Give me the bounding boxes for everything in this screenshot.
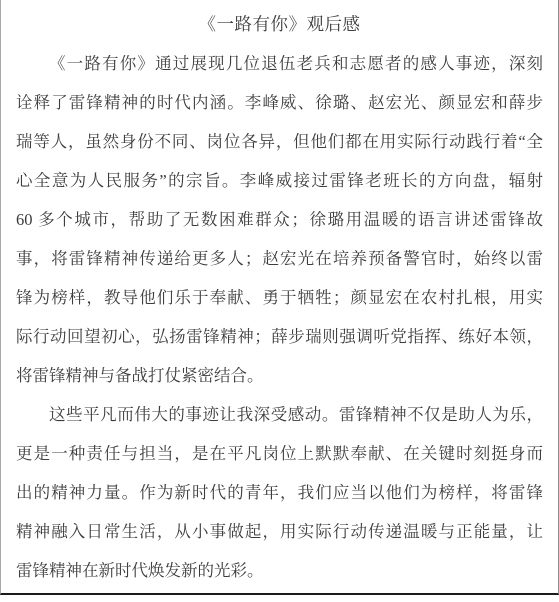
text-line: 心全意为人民服务”的宗旨。李峰威接过雷锋老班长的方向盘，辐射 [16, 161, 543, 200]
text-line: 更是一种责任与担当，是在平凡岗位上默默奉献、在关键时刻挺身而 [16, 434, 543, 473]
text-line: 这些平凡而伟大的事迹让我深受感动。雷锋精神不仅是助人为乐， [16, 395, 543, 434]
paragraph-2: 这些平凡而伟大的事迹让我深受感动。雷锋精神不仅是助人为乐， 更是一种责任与担当，… [16, 395, 543, 590]
text-line: 《一路有你》通过展现几位退伍老兵和志愿者的感人事迹，深刻 [16, 44, 543, 83]
text-line: 将雷锋精神与备战打仗紧密结合。 [16, 356, 543, 395]
text-line: 60 多个城市，帮助了无数困难群众；徐璐用温暖的语言讲述雷锋故 [16, 200, 543, 239]
text-line: 出的精神力量。作为新时代的青年，我们应当以他们为榜样，将雷锋 [16, 473, 543, 512]
essay-title: 《一路有你》观后感 [16, 5, 543, 44]
document-page: 《一路有你》观后感 《一路有你》通过展现几位退伍老兵和志愿者的感人事迹，深刻 诠… [0, 0, 559, 595]
text-line: 精神融入日常生活，从小事做起，用实际行动传递温暖与正能量，让 [16, 512, 543, 551]
text-line: 际行动回望初心，弘扬雷锋精神；薛步瑞则强调听党指挥、练好本领， [16, 317, 543, 356]
text-line: 事，将雷锋精神传递给更多人；赵宏光在培养预备警官时，始终以雷 [16, 239, 543, 278]
paragraph-1: 《一路有你》通过展现几位退伍老兵和志愿者的感人事迹，深刻 诠释了雷锋精神的时代内… [16, 44, 543, 395]
text-line: 雷锋精神在新时代焕发新的光彩。 [16, 551, 543, 590]
text-line: 瑞等人，虽然身份不同、岗位各异，但他们都在用实际行动践行着“全 [16, 122, 543, 161]
text-line: 锋为榜样，教导他们乐于奉献、勇于牺牲；颜显宏在农村扎根，用实 [16, 278, 543, 317]
text-line: 诠释了雷锋精神的时代内涵。李峰威、徐璐、赵宏光、颜显宏和薛步 [16, 83, 543, 122]
